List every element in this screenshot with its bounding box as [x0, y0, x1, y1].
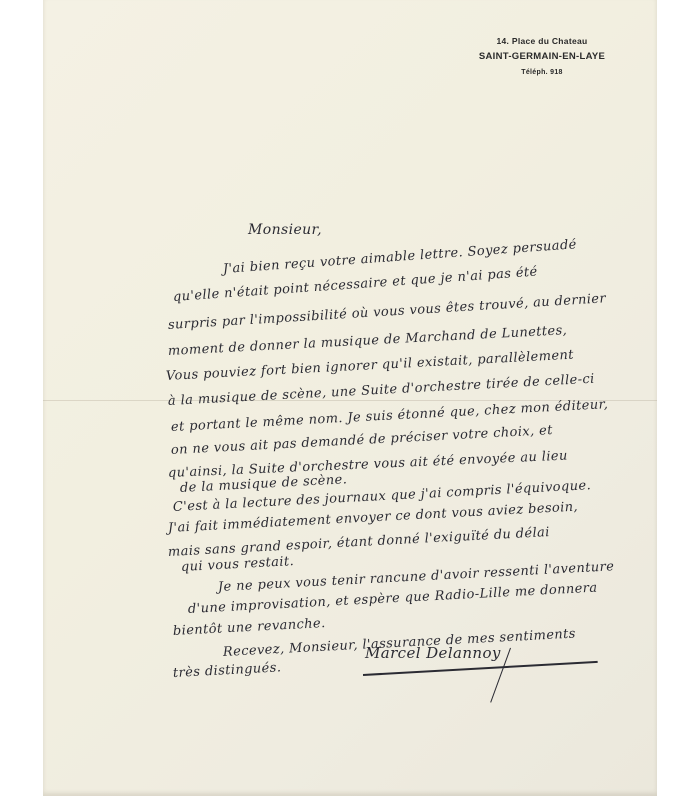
letterhead-city: SAINT-GERMAIN-EN-LAYE	[467, 51, 617, 62]
letter-line: bientôt une revanche.	[173, 616, 326, 639]
signature-underline	[363, 661, 598, 676]
letterhead-address: 14. Place du Chateau	[467, 36, 617, 46]
salutation: Monsieur,	[248, 222, 322, 238]
letter-paper: 14. Place du Chateau SAINT-GERMAIN-EN-LA…	[43, 0, 657, 796]
letterhead: 14. Place du Chateau SAINT-GERMAIN-EN-LA…	[467, 36, 617, 76]
signature: Marcel Delannoy	[365, 644, 501, 662]
letterhead-phone: Téléph. 918	[467, 69, 617, 76]
letter-line: très distingués.	[173, 660, 282, 681]
